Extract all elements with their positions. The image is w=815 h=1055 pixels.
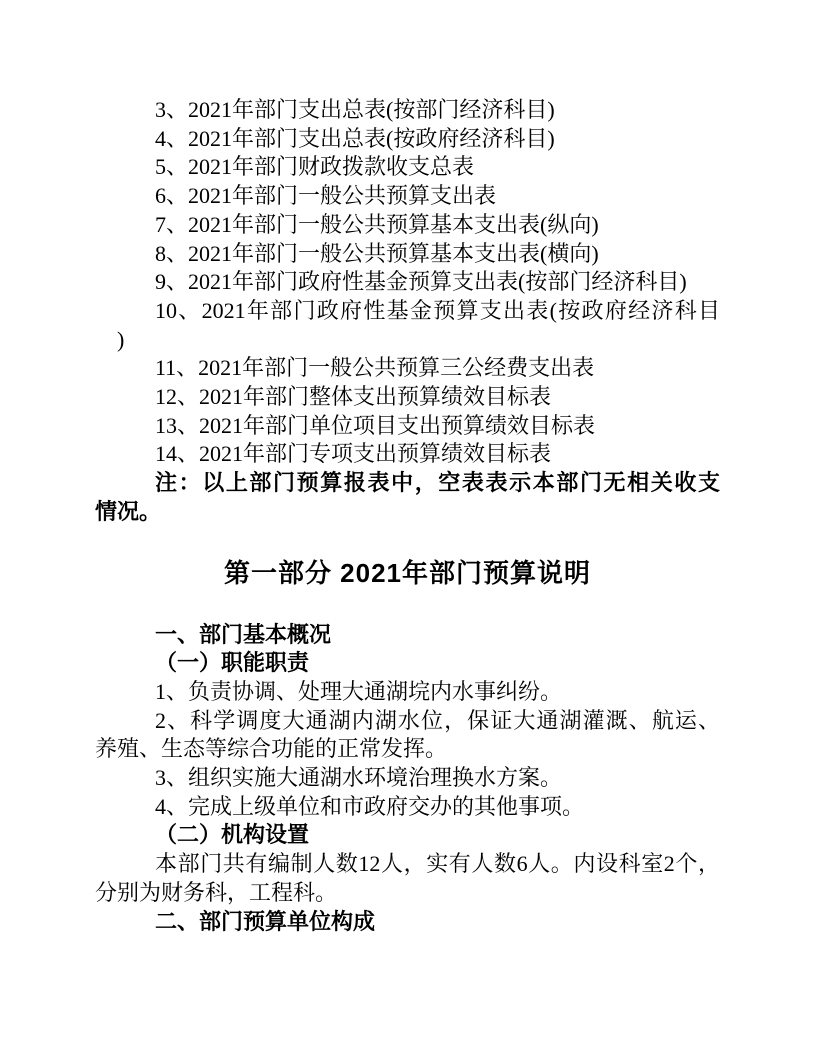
budget-table-list-item-8: 8、2021年部门一般公共预算基本支出表(横向) <box>95 240 720 269</box>
budget-table-list-item-10: 10、2021年部门政府性基金预算支出表(按政府经济科目 <box>95 297 720 326</box>
org-setup-line-1: 本部门共有编制人数12人，实有人数6人。内设科室2个， <box>95 850 720 879</box>
budget-table-list-item-6: 6、2021年部门一般公共预算支出表 <box>95 182 720 211</box>
part-one-heading: 第一部分 2021年部门预算说明 <box>95 553 720 593</box>
budget-table-list-item-3: 3、2021年部门支出总表(按部门经济科目) <box>95 96 720 125</box>
budget-table-list-item-4: 4、2021年部门支出总表(按政府经济科目) <box>95 125 720 154</box>
duty-item-3: 3、组织实施大通湖水环境治理换水方案。 <box>95 764 720 793</box>
duty-item-2-line-1: 2、科学调度大通湖内湖水位，保证大通湖灌溉、航运、 <box>95 707 720 736</box>
document-page: 3、2021年部门支出总表(按部门经济科目) 4、2021年部门支出总表(按政府… <box>0 0 815 1055</box>
section-heading-budget-units: 二、部门预算单位构成 <box>95 908 720 937</box>
subsection-heading-org-setup: （二）机构设置 <box>95 821 720 850</box>
org-setup-line-2: 分别为财务科，工程科。 <box>95 879 720 908</box>
budget-table-list-item-11: 11、2021年部门一般公共预算三公经费支出表 <box>95 354 720 383</box>
duty-item-2-line-2: 养殖、生态等综合功能的正常发挥。 <box>95 735 720 764</box>
section-heading-basic-overview: 一、部门基本概况 <box>95 621 720 650</box>
note-line-1: 注：以上部门预算报表中，空表表示本部门无相关收支 <box>95 469 720 498</box>
budget-table-list-item-9: 9、2021年部门政府性基金预算支出表(按部门经济科目) <box>95 268 720 297</box>
duty-item-4: 4、完成上级单位和市政府交办的其他事项。 <box>95 793 720 822</box>
duty-item-1: 1、负责协调、处理大通湖垸内水事纠纷。 <box>95 678 720 707</box>
budget-table-list-item-13: 13、2021年部门单位项目支出预算绩效目标表 <box>95 412 720 441</box>
budget-table-list-item-12: 12、2021年部门整体支出预算绩效目标表 <box>95 383 720 412</box>
wrapped-paren-line: ) <box>95 326 720 355</box>
budget-table-list-item-5: 5、2021年部门财政拨款收支总表 <box>95 153 720 182</box>
page-content: 3、2021年部门支出总表(按部门经济科目) 4、2021年部门支出总表(按政府… <box>95 0 720 936</box>
section-dept-overview: 一、部门基本概况 （一）职能职责 1、负责协调、处理大通湖垸内水事纠纷。 2、科… <box>95 621 720 937</box>
budget-table-list-item-14: 14、2021年部门专项支出预算绩效目标表 <box>95 440 720 469</box>
note-line-2: 情况。 <box>95 498 720 527</box>
subsection-heading-duties: （一）职能职责 <box>95 649 720 678</box>
budget-table-list-item-7: 7、2021年部门一般公共预算基本支出表(纵向) <box>95 211 720 240</box>
